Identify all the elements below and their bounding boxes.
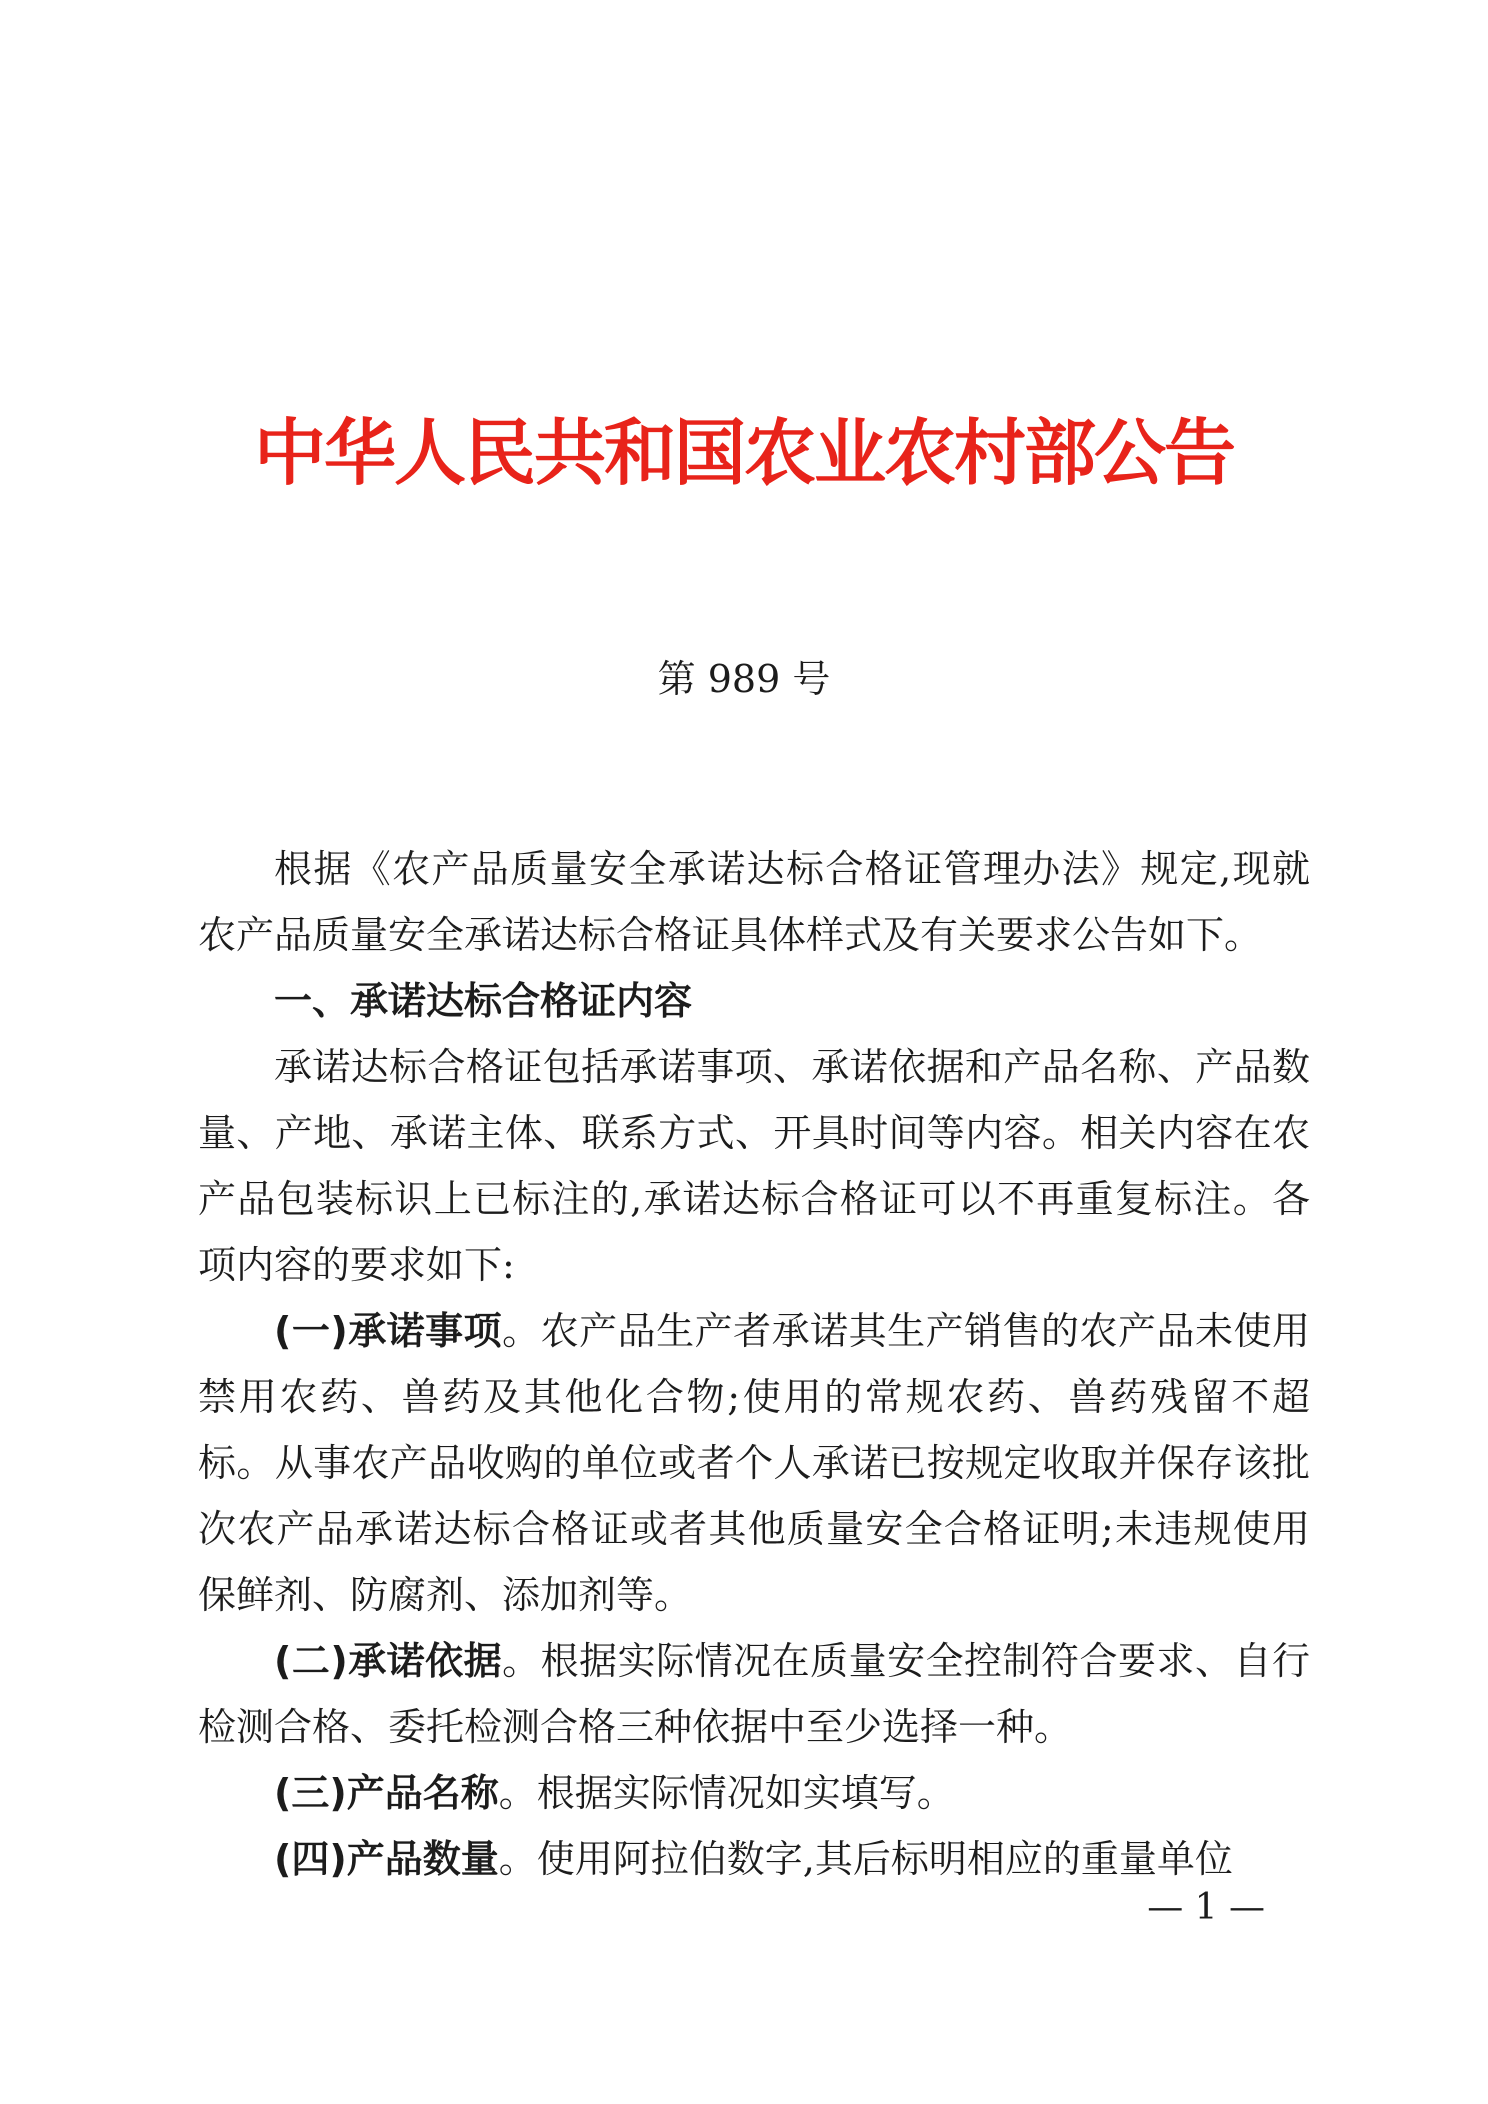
paragraph-bold-prefix: (三)产品名称: [274, 1771, 499, 1815]
paragraph-text: 。农产品生产者承诺其生产销售的农产品未使用禁用农药、兽药及其他化合物;使用的常规…: [198, 1309, 1310, 1617]
paragraph-bold-prefix: (一)承诺事项: [274, 1309, 502, 1353]
issue-number: 第 989 号: [0, 655, 1488, 703]
document-body: 根据《农产品质量安全承诺达标合格证管理办法》规定,现就农产品质量安全承诺达标合格…: [198, 836, 1310, 1892]
paragraph-intro: 根据《农产品质量安全承诺达标合格证管理办法》规定,现就农产品质量安全承诺达标合格…: [198, 836, 1310, 968]
paragraph-text: 。使用阿拉伯数字,其后标明相应的重量单位: [499, 1837, 1233, 1881]
section-heading-text: 一、承诺达标合格证内容: [274, 979, 692, 1023]
paragraph-text: 根据《农产品质量安全承诺达标合格证管理办法》规定,现就农产品质量安全承诺达标合格…: [198, 847, 1310, 957]
document-title: 中华人民共和国农业农村部公告: [0, 408, 1488, 498]
section-heading: 一、承诺达标合格证内容: [198, 968, 1310, 1034]
page-number: — 1 —: [1147, 1886, 1265, 1930]
paragraph-item-4: (四)产品数量。使用阿拉伯数字,其后标明相应的重量单位: [198, 1826, 1310, 1892]
paragraph-item-2: (二)承诺依据。根据实际情况在质量安全控制符合要求、自行检测合格、委托检测合格三…: [198, 1628, 1310, 1760]
paragraph-bold-prefix: (四)产品数量: [274, 1837, 499, 1881]
paragraph-item-1: (一)承诺事项。农产品生产者承诺其生产销售的农产品未使用禁用农药、兽药及其他化合…: [198, 1298, 1310, 1628]
paragraph-bold-prefix: (二)承诺依据: [274, 1639, 502, 1683]
paragraph-text: 承诺达标合格证包括承诺事项、承诺依据和产品名称、产品数量、产地、承诺主体、联系方…: [198, 1045, 1310, 1287]
document-page: 中华人民共和国农业农村部公告 第 989 号 根据《农产品质量安全承诺达标合格证…: [0, 0, 1488, 2104]
paragraph-item-3: (三)产品名称。根据实际情况如实填写。: [198, 1760, 1310, 1826]
paragraph-overview: 承诺达标合格证包括承诺事项、承诺依据和产品名称、产品数量、产地、承诺主体、联系方…: [198, 1034, 1310, 1298]
paragraph-text: 。根据实际情况如实填写。: [499, 1771, 955, 1815]
